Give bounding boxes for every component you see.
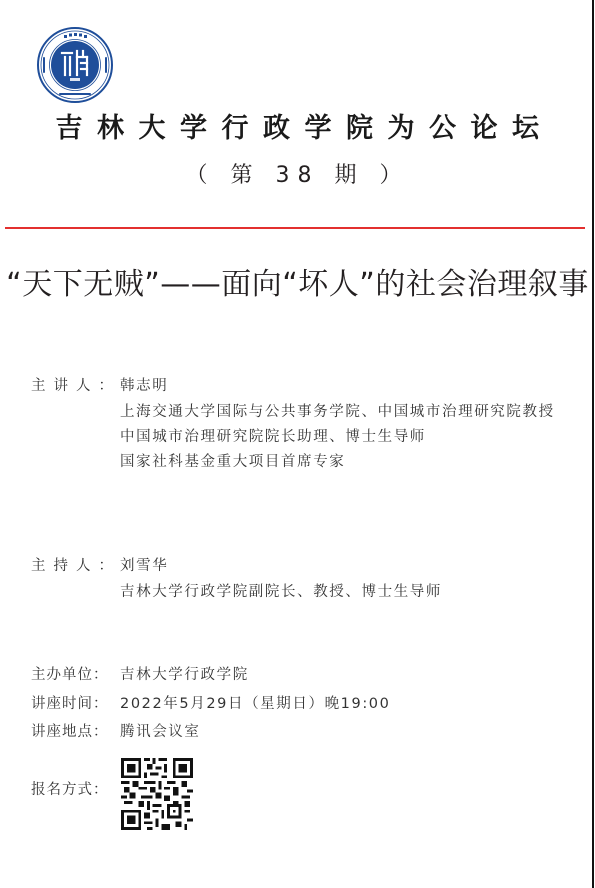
issue-number: （ 第 38 期 ） — [0, 161, 595, 191]
register-row: 报名方式： — [31, 779, 120, 801]
host-title-line: 吉林大学行政学院副院长、教授、博士生导师 — [120, 581, 442, 603]
talk-title: “天下无贼”——面向“坏人”的社会治理叙事 — [0, 264, 595, 306]
venue-row: 讲座地点： 腾讯会议室 — [31, 721, 201, 743]
register-label: 报名方式： — [31, 779, 120, 801]
qr-code-icon[interactable] — [121, 758, 193, 830]
speaker-name: 韩志明 — [120, 375, 168, 397]
organizer-row: 主办单位： 吉林大学行政学院 — [31, 664, 249, 686]
time-row: 讲座时间： 2022年5月29日（星期日）晚19:00 — [31, 693, 390, 715]
organizer-label: 主办单位： — [31, 664, 120, 686]
time-label: 讲座时间： — [31, 693, 120, 715]
time-value: 2022年5月29日（星期日）晚19:00 — [120, 693, 390, 715]
speaker-title-line: 国家社科基金重大项目首席专家 — [120, 451, 345, 473]
speaker-label: 主讲人： — [31, 375, 120, 397]
venue-label: 讲座地点： — [31, 721, 120, 743]
host-row: 主持人： 刘雪华 — [31, 555, 168, 577]
host-label: 主持人： — [31, 555, 120, 577]
venue-value: 腾讯会议室 — [120, 721, 201, 743]
red-divider — [5, 227, 585, 229]
organizer-value: 吉林大学行政学院 — [120, 664, 249, 686]
speaker-title-line: 中国城市治理研究院院长助理、博士生导师 — [120, 426, 426, 448]
host-name: 刘雪华 — [120, 555, 168, 577]
speaker-title-line: 上海交通大学国际与公共事务学院、中国城市治理研究院教授 — [120, 401, 555, 423]
speaker-row: 主讲人： 韩志明 — [31, 375, 168, 397]
forum-title: 吉林大学行政学院为公论坛 — [0, 113, 595, 145]
school-emblem-icon — [37, 27, 113, 103]
